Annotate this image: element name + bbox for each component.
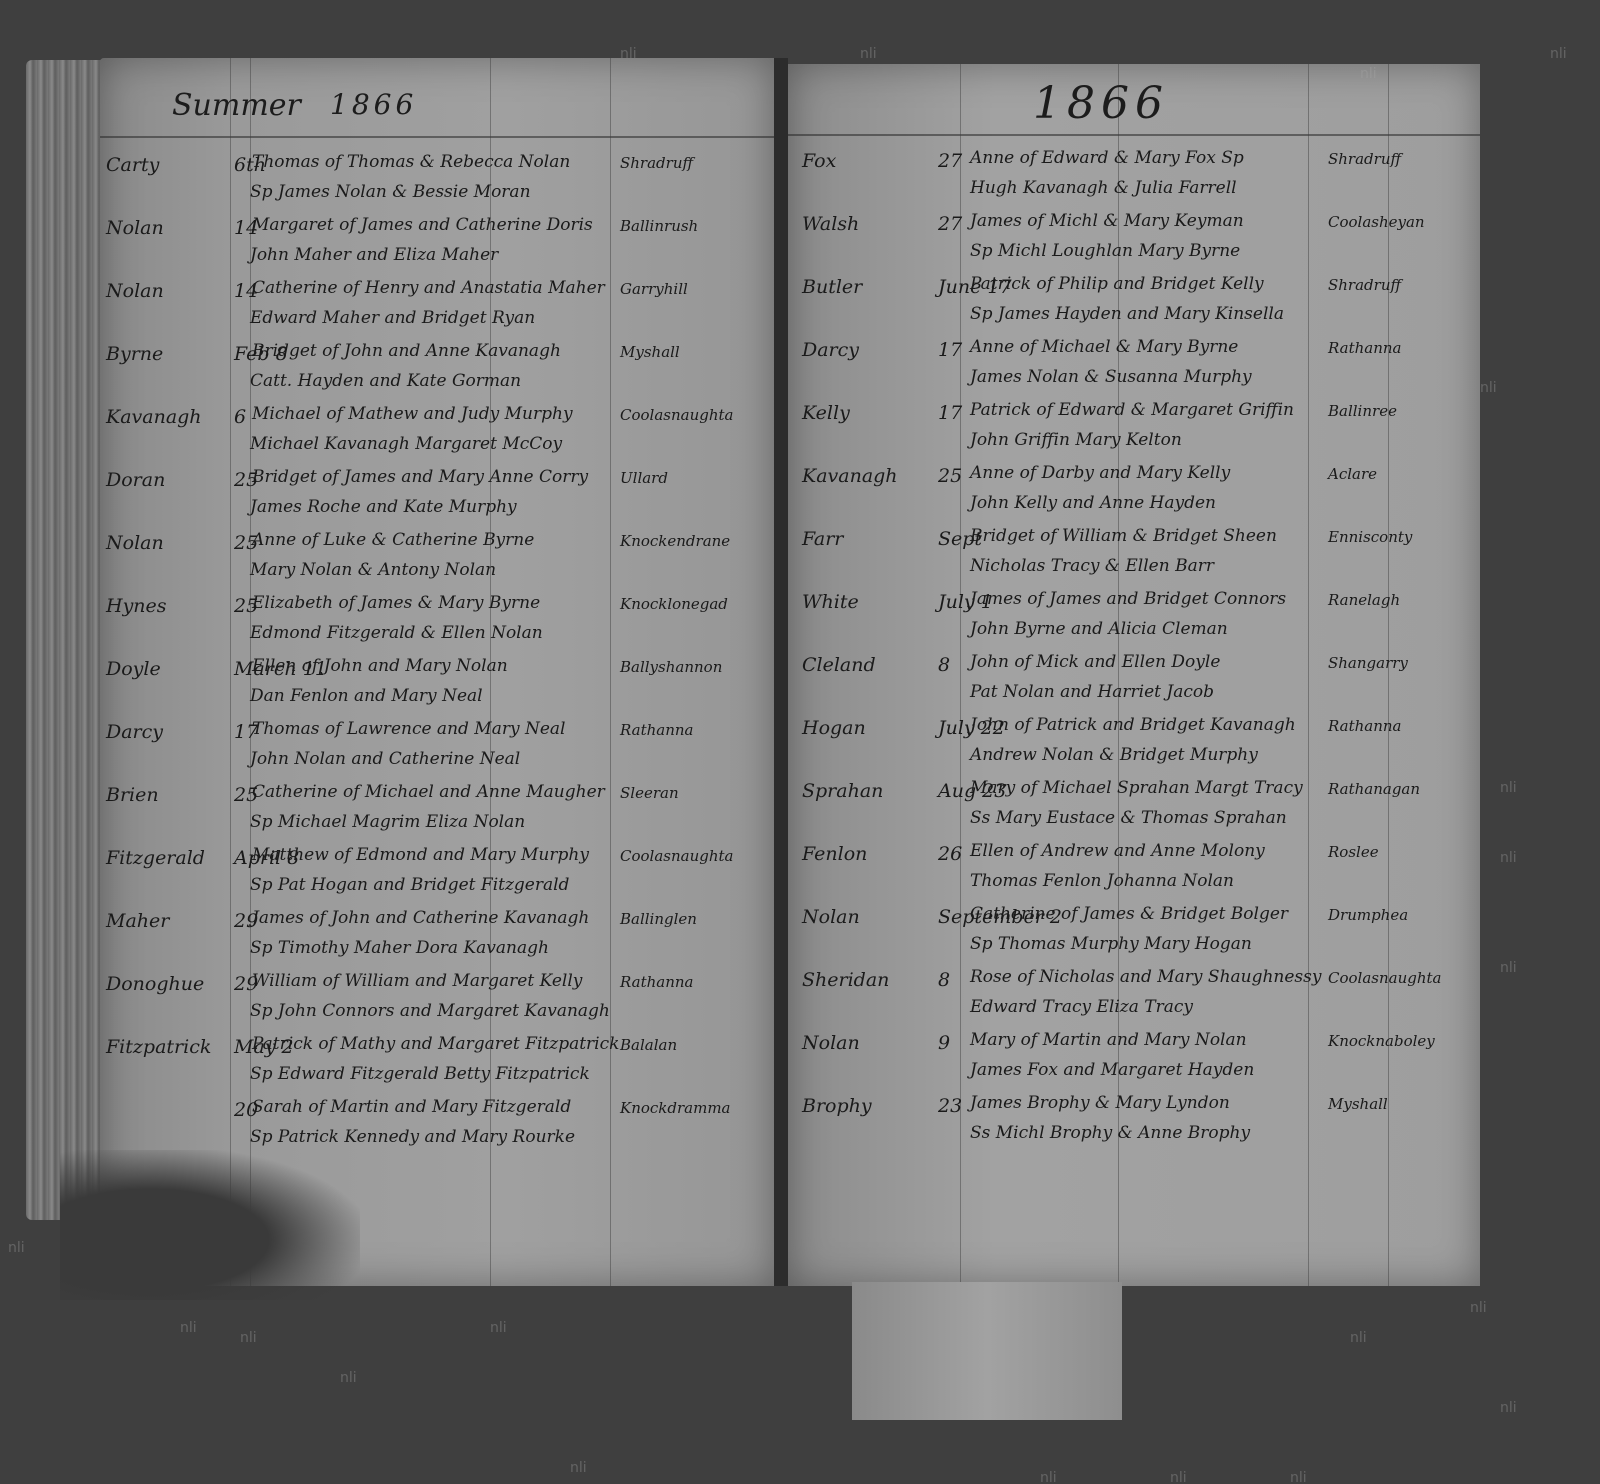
entry-place: Rathanna bbox=[1328, 339, 1401, 357]
entry-child-parents: Mary of Martin and Mary Nolan bbox=[970, 1030, 1247, 1050]
entry-sponsors: Sp Pat Hogan and Bridget Fitzgerald bbox=[250, 875, 569, 895]
page-header-year: 1866 bbox=[1033, 78, 1169, 129]
entry-child-parents: Rose of Nicholas and Mary Shaughnessy bbox=[970, 967, 1322, 987]
entry-child-parents: Bridget of John and Anne Kavanagh bbox=[252, 341, 561, 361]
entry-surname: Brophy bbox=[802, 1095, 952, 1117]
entry-surname: Doran bbox=[106, 469, 226, 491]
entry-surname: White bbox=[802, 591, 952, 613]
entry-sponsors: Dan Fenlon and Mary Neal bbox=[250, 686, 483, 706]
register-entry: Donoghue 29 William of William and Marga… bbox=[100, 967, 774, 1030]
entry-place: Ennisconty bbox=[1328, 528, 1412, 546]
watermark-text: nli bbox=[570, 1460, 587, 1476]
entry-child-parents: Thomas of Lawrence and Mary Neal bbox=[252, 719, 566, 739]
watermark-text: nli bbox=[1290, 1470, 1307, 1484]
entry-surname: Hynes bbox=[106, 595, 226, 617]
register-entry: 20 Sarah of Martin and Mary Fitzgerald S… bbox=[100, 1093, 774, 1156]
entry-place: Ballinglen bbox=[620, 910, 697, 928]
entry-surname: Nolan bbox=[106, 217, 226, 239]
register-entry: Doyle March 11 Ellen of John and Mary No… bbox=[100, 652, 774, 715]
entry-sponsors: Sp Michael Magrim Eliza Nolan bbox=[250, 812, 525, 832]
watermark-text: nli bbox=[1500, 1400, 1517, 1416]
entry-surname: Nolan bbox=[802, 906, 952, 928]
entry-place: Shradruff bbox=[1328, 150, 1401, 168]
entry-place: Sleeran bbox=[620, 784, 679, 802]
entry-date: 23 bbox=[938, 1095, 962, 1117]
register-entry: Byrne Feb 8 Bridget of John and Anne Kav… bbox=[100, 337, 774, 400]
entry-place: Coolasnaughta bbox=[620, 847, 733, 865]
entry-sponsors: Nicholas Tracy & Ellen Barr bbox=[970, 556, 1214, 576]
entry-surname: Fitzgerald bbox=[106, 847, 226, 869]
entry-surname: Fitzpatrick bbox=[106, 1036, 226, 1058]
register-entry: Sprahan Aug 23 Mary of Michael Sprahan M… bbox=[788, 774, 1480, 837]
entry-sponsors: James Nolan & Susanna Murphy bbox=[970, 367, 1252, 387]
entry-date: 27 bbox=[938, 150, 962, 172]
page-header-month: Summer bbox=[172, 88, 301, 123]
watermark-text: nli bbox=[620, 46, 637, 62]
entry-list: Carty 6th Thomas of Thomas & Rebecca Nol… bbox=[100, 148, 774, 1156]
entry-place: Knocklonegad bbox=[620, 595, 728, 613]
entry-sponsors: Sp John Connors and Margaret Kavanagh bbox=[250, 1001, 610, 1021]
entry-place: Ullard bbox=[620, 469, 668, 487]
watermark-text: nli bbox=[240, 1330, 257, 1346]
entry-child-parents: Ellen of Andrew and Anne Molony bbox=[970, 841, 1265, 861]
watermark-text: nli bbox=[180, 1320, 197, 1336]
entry-place: Shangarry bbox=[1328, 654, 1408, 672]
entry-place: Knockdramma bbox=[620, 1099, 731, 1117]
entry-date: 17 bbox=[938, 402, 962, 424]
entry-sponsors: Sp James Nolan & Bessie Moran bbox=[250, 182, 531, 202]
register-entry: Carty 6th Thomas of Thomas & Rebecca Nol… bbox=[100, 148, 774, 211]
entry-place: Knockendrane bbox=[620, 532, 730, 550]
watermark-text: nli bbox=[1360, 66, 1377, 82]
entry-date: 27 bbox=[938, 213, 962, 235]
register-entry: Walsh 27 James of Michl & Mary Keyman Sp… bbox=[788, 207, 1480, 270]
entry-place: Ranelagh bbox=[1328, 591, 1400, 609]
entry-sponsors: Pat Nolan and Harriet Jacob bbox=[970, 682, 1214, 702]
entry-sponsors: John Griffin Mary Kelton bbox=[970, 430, 1182, 450]
entry-surname: Fox bbox=[802, 150, 952, 172]
entry-surname: Brien bbox=[106, 784, 226, 806]
entry-sponsors: Thomas Fenlon Johanna Nolan bbox=[970, 871, 1234, 891]
entry-surname: Sheridan bbox=[802, 969, 952, 991]
register-entry: Nolan 25 Anne of Luke & Catherine Byrne … bbox=[100, 526, 774, 589]
entry-child-parents: Ellen of John and Mary Nolan bbox=[252, 656, 508, 676]
entry-date: 17 bbox=[938, 339, 962, 361]
entry-child-parents: John of Patrick and Bridget Kavanagh bbox=[970, 715, 1296, 735]
entry-sponsors: Ss Michl Brophy & Anne Brophy bbox=[970, 1123, 1250, 1143]
page-header-year: 1866 bbox=[330, 88, 417, 121]
entry-child-parents: James of James and Bridget Connors bbox=[970, 589, 1286, 609]
entry-sponsors: Michael Kavanagh Margaret McCoy bbox=[250, 434, 562, 454]
entry-surname: Carty bbox=[106, 154, 226, 176]
entry-place: Ballinree bbox=[1328, 402, 1397, 420]
watermark-text: nli bbox=[340, 1370, 357, 1386]
register-entry: Nolan 14 Catherine of Henry and Anastati… bbox=[100, 274, 774, 337]
entry-child-parents: Bridget of James and Mary Anne Corry bbox=[252, 467, 588, 487]
entry-place: Knocknaboley bbox=[1328, 1032, 1435, 1050]
entry-surname: Donoghue bbox=[106, 973, 226, 995]
entry-list: Fox 27 Anne of Edward & Mary Fox Sp Hugh… bbox=[788, 144, 1480, 1152]
entry-child-parents: Anne of Edward & Mary Fox Sp bbox=[970, 148, 1244, 168]
entry-sponsors: Sp Patrick Kennedy and Mary Rourke bbox=[250, 1127, 575, 1147]
scan-shadow bbox=[60, 1150, 360, 1300]
right-register-page: 1866 Fox 27 Anne of Edward & Mary Fox Sp… bbox=[788, 64, 1480, 1286]
entry-surname: Hogan bbox=[802, 717, 952, 739]
entry-child-parents: Matthew of Edmond and Mary Murphy bbox=[252, 845, 589, 865]
entry-place: Rathanna bbox=[620, 721, 693, 739]
entry-place: Rathanna bbox=[620, 973, 693, 991]
entry-child-parents: Anne of Luke & Catherine Byrne bbox=[252, 530, 534, 550]
register-entry: Darcy 17 Anne of Michael & Mary Byrne Ja… bbox=[788, 333, 1480, 396]
entry-child-parents: Catherine of Henry and Anastatia Maher bbox=[252, 278, 605, 298]
register-entry: Fox 27 Anne of Edward & Mary Fox Sp Hugh… bbox=[788, 144, 1480, 207]
register-entry: Hynes 25 Elizabeth of James & Mary Byrne… bbox=[100, 589, 774, 652]
entry-surname: Fenlon bbox=[802, 843, 952, 865]
entry-place: Garryhill bbox=[620, 280, 688, 298]
entry-child-parents: Catherine of James & Bridget Bolger bbox=[970, 904, 1288, 924]
entry-surname: Nolan bbox=[106, 280, 226, 302]
entry-surname: Darcy bbox=[106, 721, 226, 743]
register-entry: Butler June 17 Patrick of Philip and Bri… bbox=[788, 270, 1480, 333]
entry-child-parents: Anne of Michael & Mary Byrne bbox=[970, 337, 1238, 357]
entry-date: 9 bbox=[938, 1032, 950, 1054]
watermark-text: nli bbox=[860, 46, 877, 62]
header-rule bbox=[788, 134, 1480, 136]
entry-child-parents: Patrick of Edward & Margaret Griffin bbox=[970, 400, 1294, 420]
entry-child-parents: Patrick of Mathy and Margaret Fitzpatric… bbox=[252, 1034, 619, 1054]
book-page-edges bbox=[26, 60, 102, 1220]
entry-child-parents: James of Michl & Mary Keyman bbox=[970, 211, 1244, 231]
entry-surname: Kavanagh bbox=[106, 406, 226, 428]
entry-sponsors: Catt. Hayden and Kate Gorman bbox=[250, 371, 521, 391]
watermark-text: nli bbox=[1350, 1330, 1367, 1346]
entry-child-parents: James of John and Catherine Kavanagh bbox=[252, 908, 589, 928]
entry-child-parents: Sarah of Martin and Mary Fitzgerald bbox=[252, 1097, 571, 1117]
entry-surname: Kelly bbox=[802, 402, 952, 424]
entry-sponsors: John Maher and Eliza Maher bbox=[250, 245, 498, 265]
entry-date: 26 bbox=[938, 843, 962, 865]
watermark-text: nli bbox=[1500, 960, 1517, 976]
book-gutter bbox=[774, 58, 788, 1286]
left-register-page: Summer 1866 Carty 6th Thomas of Thomas &… bbox=[100, 58, 774, 1286]
register-entry: Kavanagh 25 Anne of Darby and Mary Kelly… bbox=[788, 459, 1480, 522]
entry-place: Coolasheyan bbox=[1328, 213, 1425, 231]
entry-place: Aclare bbox=[1328, 465, 1377, 483]
entry-child-parents: Anne of Darby and Mary Kelly bbox=[970, 463, 1230, 483]
register-entry: Nolan 9 Mary of Martin and Mary Nolan Ja… bbox=[788, 1026, 1480, 1089]
register-entry: Darcy 17 Thomas of Lawrence and Mary Nea… bbox=[100, 715, 774, 778]
entry-sponsors: Hugh Kavanagh & Julia Farrell bbox=[970, 178, 1237, 198]
entry-place: Balalan bbox=[620, 1036, 677, 1054]
register-entry: Brien 25 Catherine of Michael and Anne M… bbox=[100, 778, 774, 841]
watermark-text: nli bbox=[1550, 46, 1567, 62]
header-rule bbox=[100, 136, 774, 138]
entry-date: 8 bbox=[938, 969, 950, 991]
entry-surname: Butler bbox=[802, 276, 952, 298]
watermark-text: nli bbox=[1500, 850, 1517, 866]
register-entry: Nolan 14 Margaret of James and Catherine… bbox=[100, 211, 774, 274]
register-entry: Brophy 23 James Brophy & Mary Lyndon Ss … bbox=[788, 1089, 1480, 1152]
entry-child-parents: Bridget of William & Bridget Sheen bbox=[970, 526, 1277, 546]
entry-sponsors: Mary Nolan & Antony Nolan bbox=[250, 560, 496, 580]
entry-sponsors: James Fox and Margaret Hayden bbox=[970, 1060, 1254, 1080]
entry-place: Drumphea bbox=[1328, 906, 1408, 924]
entry-place: Shradruff bbox=[1328, 276, 1401, 294]
entry-place: Rathanna bbox=[1328, 717, 1401, 735]
entry-sponsors: Andrew Nolan & Bridget Murphy bbox=[970, 745, 1258, 765]
watermark-text: nli bbox=[1480, 380, 1497, 396]
entry-sponsors: Sp Michl Loughlan Mary Byrne bbox=[970, 241, 1240, 261]
entry-date: 25 bbox=[938, 465, 962, 487]
entry-sponsors: Edward Maher and Bridget Ryan bbox=[250, 308, 535, 328]
entry-sponsors: Edmond Fitzgerald & Ellen Nolan bbox=[250, 623, 543, 643]
register-entry: Doran 25 Bridget of James and Mary Anne … bbox=[100, 463, 774, 526]
watermark-text: nli bbox=[1500, 780, 1517, 796]
entry-place: Shradruff bbox=[620, 154, 693, 172]
entry-place: Myshall bbox=[620, 343, 680, 361]
register-entry: Fitzgerald April 8 Matthew of Edmond and… bbox=[100, 841, 774, 904]
entry-surname: Darcy bbox=[802, 339, 952, 361]
entry-child-parents: William of William and Margaret Kelly bbox=[252, 971, 582, 991]
entry-surname: Walsh bbox=[802, 213, 952, 235]
register-entry: Kavanagh 6 Michael of Mathew and Judy Mu… bbox=[100, 400, 774, 463]
entry-sponsors: John Nolan and Catherine Neal bbox=[250, 749, 520, 769]
entry-sponsors: Sp Thomas Murphy Mary Hogan bbox=[970, 934, 1252, 954]
register-entry: Fitzpatrick May 2 Patrick of Mathy and M… bbox=[100, 1030, 774, 1093]
watermark-text: nli bbox=[490, 1320, 507, 1336]
entry-surname: Nolan bbox=[802, 1032, 952, 1054]
entry-child-parents: Catherine of Michael and Anne Maugher bbox=[252, 782, 605, 802]
register-entry: Kelly 17 Patrick of Edward & Margaret Gr… bbox=[788, 396, 1480, 459]
entry-surname: Kavanagh bbox=[802, 465, 952, 487]
entry-surname: Doyle bbox=[106, 658, 226, 680]
entry-sponsors: Sp James Hayden and Mary Kinsella bbox=[970, 304, 1284, 324]
entry-child-parents: John of Mick and Ellen Doyle bbox=[970, 652, 1220, 672]
entry-child-parents: Mary of Michael Sprahan Margt Tracy bbox=[970, 778, 1303, 798]
entry-place: Roslee bbox=[1328, 843, 1379, 861]
entry-child-parents: Margaret of James and Catherine Doris bbox=[252, 215, 593, 235]
entry-child-parents: Thomas of Thomas & Rebecca Nolan bbox=[252, 152, 570, 172]
entry-sponsors: James Roche and Kate Murphy bbox=[250, 497, 517, 517]
register-entry: Farr Sept Bridget of William & Bridget S… bbox=[788, 522, 1480, 585]
entry-place: Myshall bbox=[1328, 1095, 1388, 1113]
entry-place: Ballyshannon bbox=[620, 658, 722, 676]
entry-surname: Byrne bbox=[106, 343, 226, 365]
entry-sponsors: John Byrne and Alicia Cleman bbox=[970, 619, 1228, 639]
register-entry: Sheridan 8 Rose of Nicholas and Mary Sha… bbox=[788, 963, 1480, 1026]
entry-child-parents: Michael of Mathew and Judy Murphy bbox=[252, 404, 573, 424]
watermark-text: nli bbox=[8, 1240, 25, 1256]
entry-place: Coolasnaughta bbox=[620, 406, 733, 424]
entry-sponsors: Sp Edward Fitzgerald Betty Fitzpatrick bbox=[250, 1064, 590, 1084]
entry-sponsors: Edward Tracy Eliza Tracy bbox=[970, 997, 1193, 1017]
inserted-paper-slip bbox=[852, 1282, 1122, 1420]
register-entry: White July 1 James of James and Bridget … bbox=[788, 585, 1480, 648]
entry-date: 8 bbox=[938, 654, 950, 676]
watermark-text: nli bbox=[1170, 1470, 1187, 1484]
entry-surname: Nolan bbox=[106, 532, 226, 554]
watermark-text: nli bbox=[1470, 1300, 1487, 1316]
entry-surname: Maher bbox=[106, 910, 226, 932]
entry-surname: Farr bbox=[802, 528, 952, 550]
register-entry: Maher 29 James of John and Catherine Kav… bbox=[100, 904, 774, 967]
register-entry: Hogan July 22 John of Patrick and Bridge… bbox=[788, 711, 1480, 774]
register-entry: Fenlon 26 Ellen of Andrew and Anne Molon… bbox=[788, 837, 1480, 900]
watermark-text: nli bbox=[1040, 1470, 1057, 1484]
entry-place: Rathanagan bbox=[1328, 780, 1420, 798]
entry-surname: Cleland bbox=[802, 654, 952, 676]
entry-sponsors: Sp Timothy Maher Dora Kavanagh bbox=[250, 938, 549, 958]
register-entry: Nolan September 2 Catherine of James & B… bbox=[788, 900, 1480, 963]
entry-sponsors: Ss Mary Eustace & Thomas Sprahan bbox=[970, 808, 1287, 828]
entry-surname: Sprahan bbox=[802, 780, 952, 802]
entry-sponsors: John Kelly and Anne Hayden bbox=[970, 493, 1216, 513]
entry-child-parents: Patrick of Philip and Bridget Kelly bbox=[970, 274, 1264, 294]
register-entry: Cleland 8 John of Mick and Ellen Doyle P… bbox=[788, 648, 1480, 711]
entry-child-parents: Elizabeth of James & Mary Byrne bbox=[252, 593, 540, 613]
entry-place: Ballinrush bbox=[620, 217, 698, 235]
entry-place: Coolasnaughta bbox=[1328, 969, 1441, 987]
entry-child-parents: James Brophy & Mary Lyndon bbox=[970, 1093, 1230, 1113]
